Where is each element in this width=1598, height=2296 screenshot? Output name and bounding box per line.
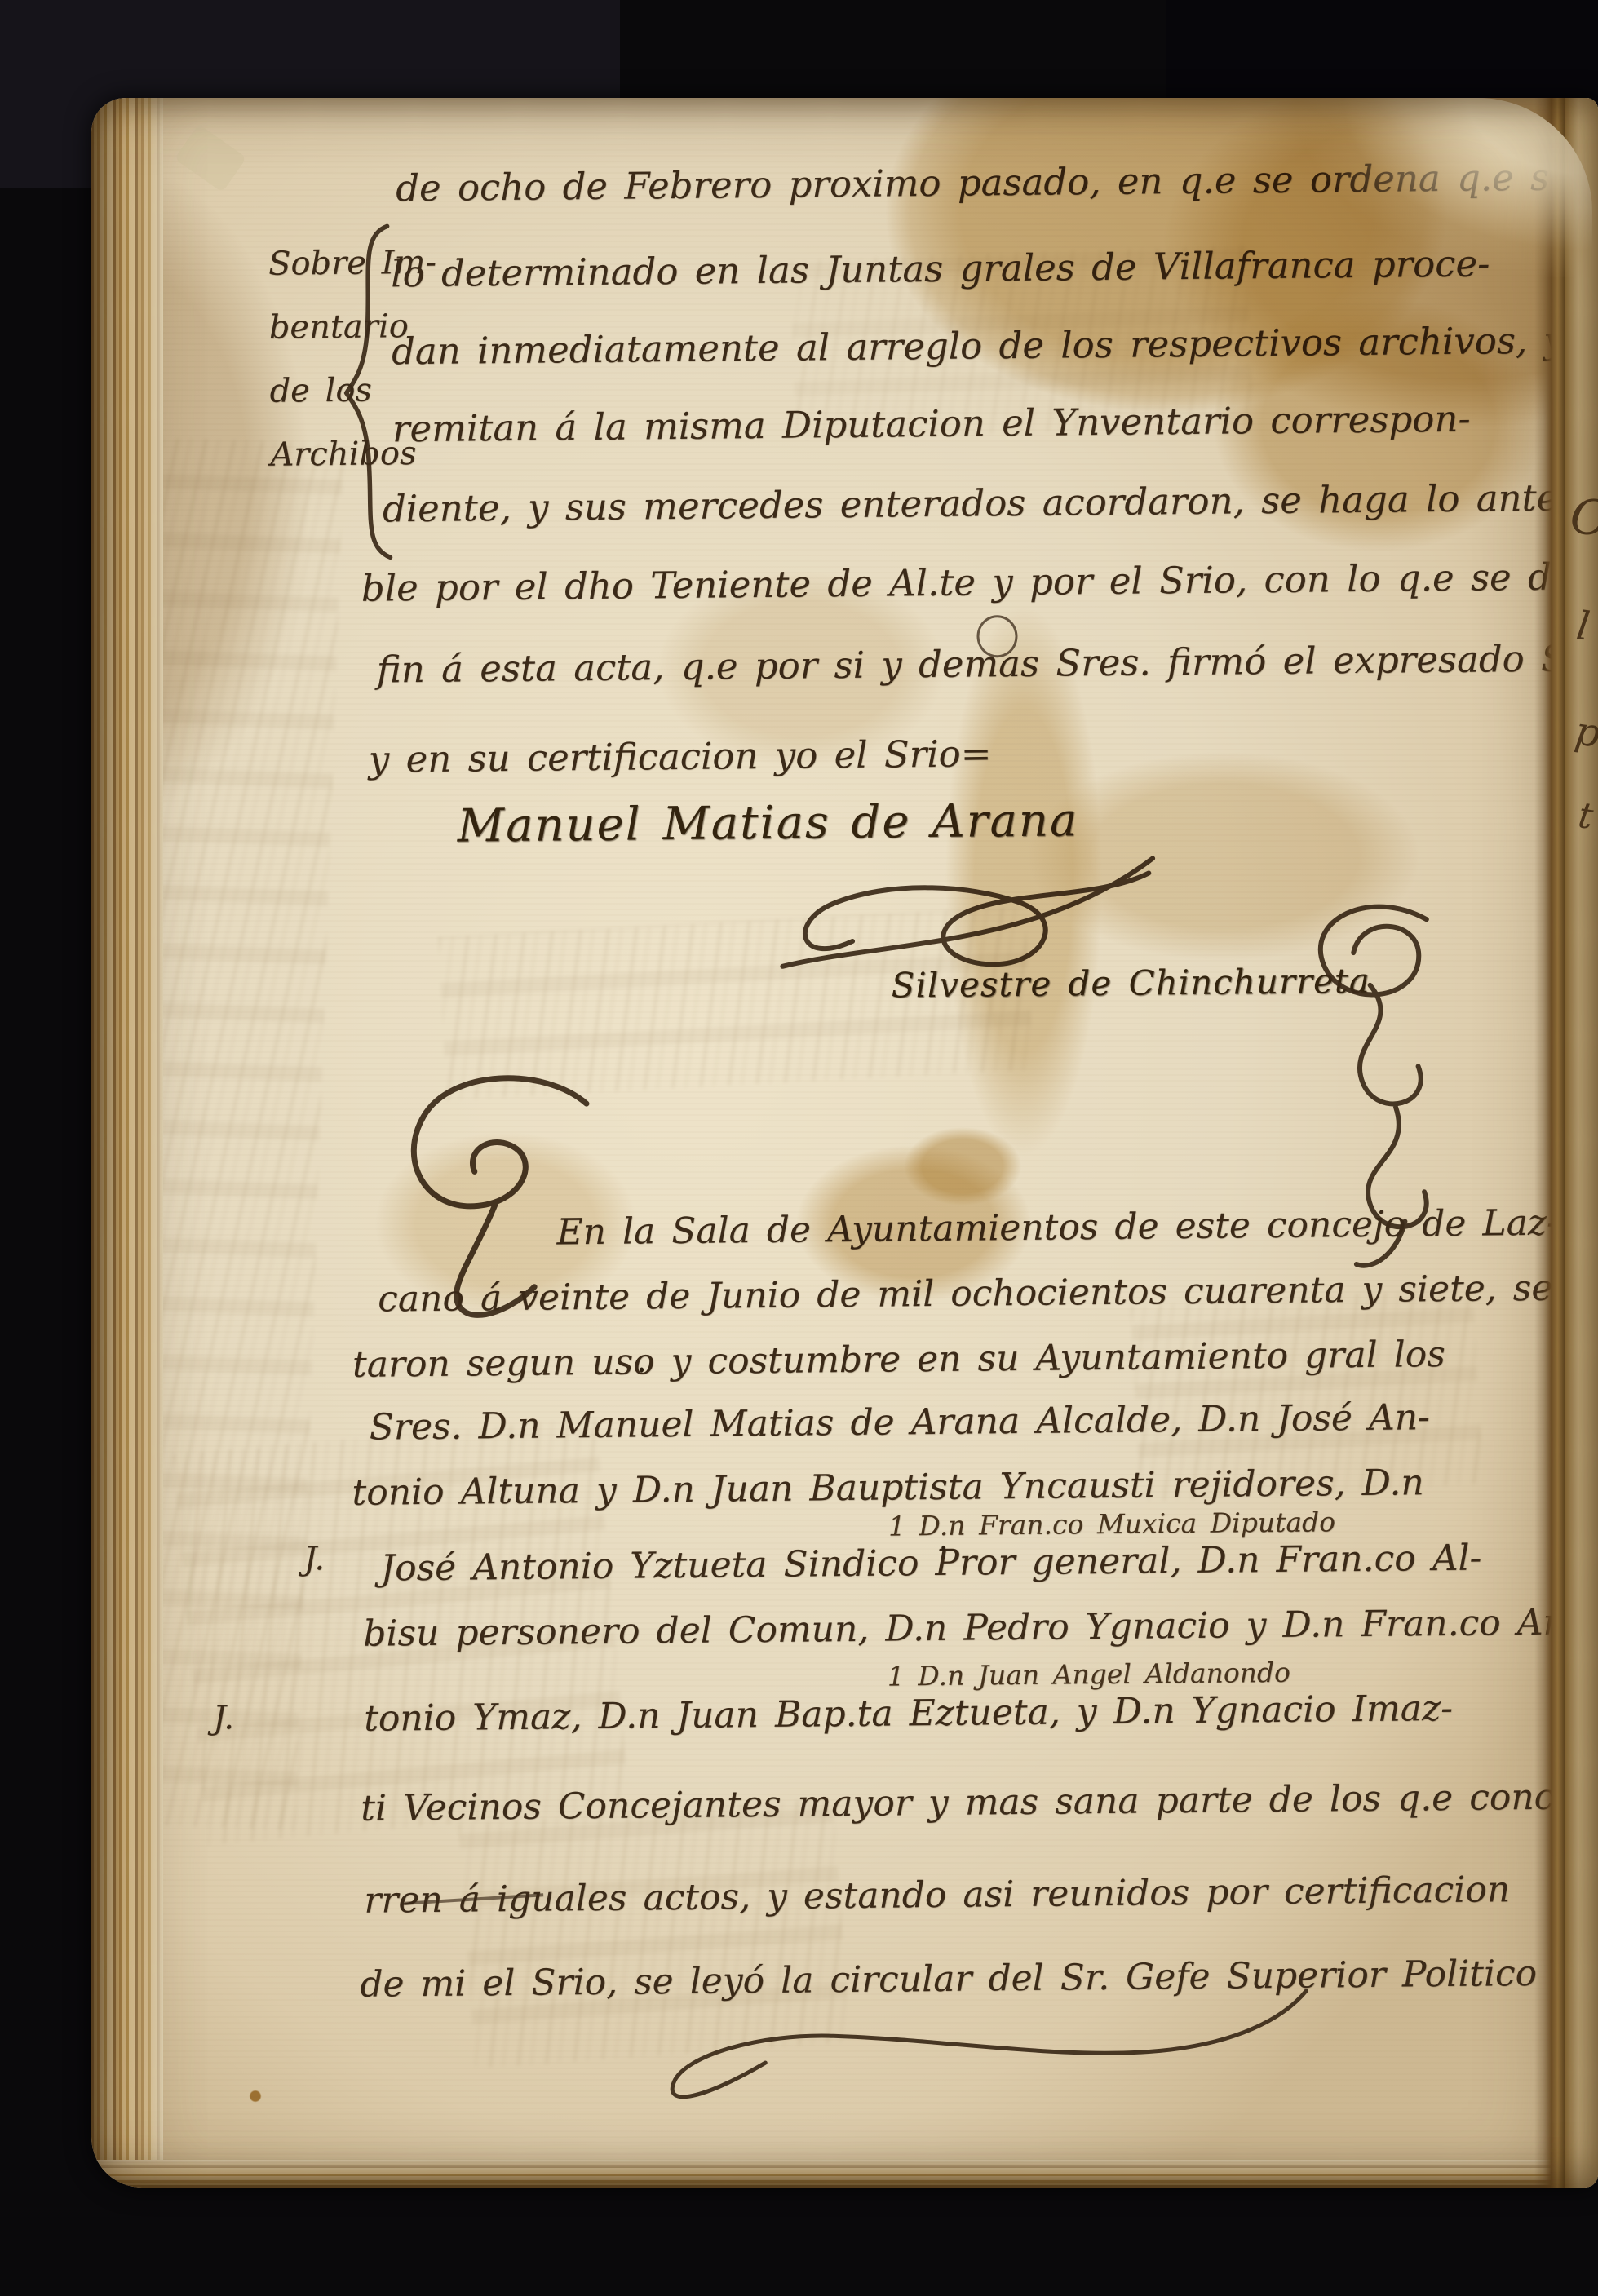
facing-page-text-fragment: l: [1574, 603, 1592, 650]
body-line: diente, y sus mercedes enterados acordar…: [383, 475, 1598, 530]
archival-photo-mat: Sobre Im- bentario de los Archibos de oc…: [0, 0, 1598, 2296]
book-page-edges-bottom: [91, 2160, 1551, 2188]
pen-swash-icon: [637, 1980, 1316, 2125]
paragraph-line: ti Vecinos Concejantes mayor y mas sana …: [361, 1776, 1590, 1829]
paragraph-line: tonio Ymaz, D.n Juan Bap.ta Eztueta, y D…: [364, 1688, 1453, 1740]
interlineation: 1 D.n Fran.co Muxica Diputado: [888, 1506, 1335, 1542]
interlineation: 1 D.n Juan Angel Aldanondo: [888, 1657, 1291, 1692]
margin-mark: J.: [213, 1699, 234, 1736]
facing-page-sliver: C l p t: [1565, 98, 1598, 2188]
book-page-edges-left: [91, 98, 163, 2188]
binding-gutter: [1534, 98, 1565, 2188]
body-line: ble por el dho Teniente de Al.te y por e…: [361, 555, 1586, 609]
paragraph-line: Sres. D.n Manuel Matias de Arana Alcalde…: [370, 1396, 1431, 1448]
body-line: de ocho de Febrero proximo pasado, en q.…: [396, 155, 1598, 210]
facing-page-text-fragment: C: [1566, 487, 1598, 549]
body-line: remitan á la misma Diputacion el Ynventa…: [392, 397, 1471, 451]
paragraph-line: bisu personero del Comun, D.n Pedro Ygna…: [363, 1601, 1578, 1654]
margin-mark: J.: [303, 1540, 325, 1577]
paragraph-line: José Antonio Yztueta Sindico Pror genera…: [380, 1537, 1481, 1590]
ink-circle-mark: [976, 615, 1017, 657]
body-line: lo determinado en las Juntas grales de V…: [391, 241, 1490, 295]
facing-page-text-fragment: t: [1576, 794, 1596, 838]
handwriting-layer: Sobre Im- bentario de los Archibos de oc…: [91, 98, 1598, 2188]
body-line: y en su certificacion yo el Srio=: [369, 732, 992, 781]
paragraph-line: taron segun uso y costumbre en su Ayunta…: [352, 1334, 1445, 1386]
ink-speck: [941, 1546, 945, 1551]
facing-page-text-fragment: p: [1572, 708, 1598, 757]
body-line: dan inmediatamente al arreglo de los res…: [392, 319, 1565, 374]
ink-speck: [640, 1367, 644, 1372]
manuscript-page: Sobre Im- bentario de los Archibos de oc…: [91, 98, 1598, 2188]
